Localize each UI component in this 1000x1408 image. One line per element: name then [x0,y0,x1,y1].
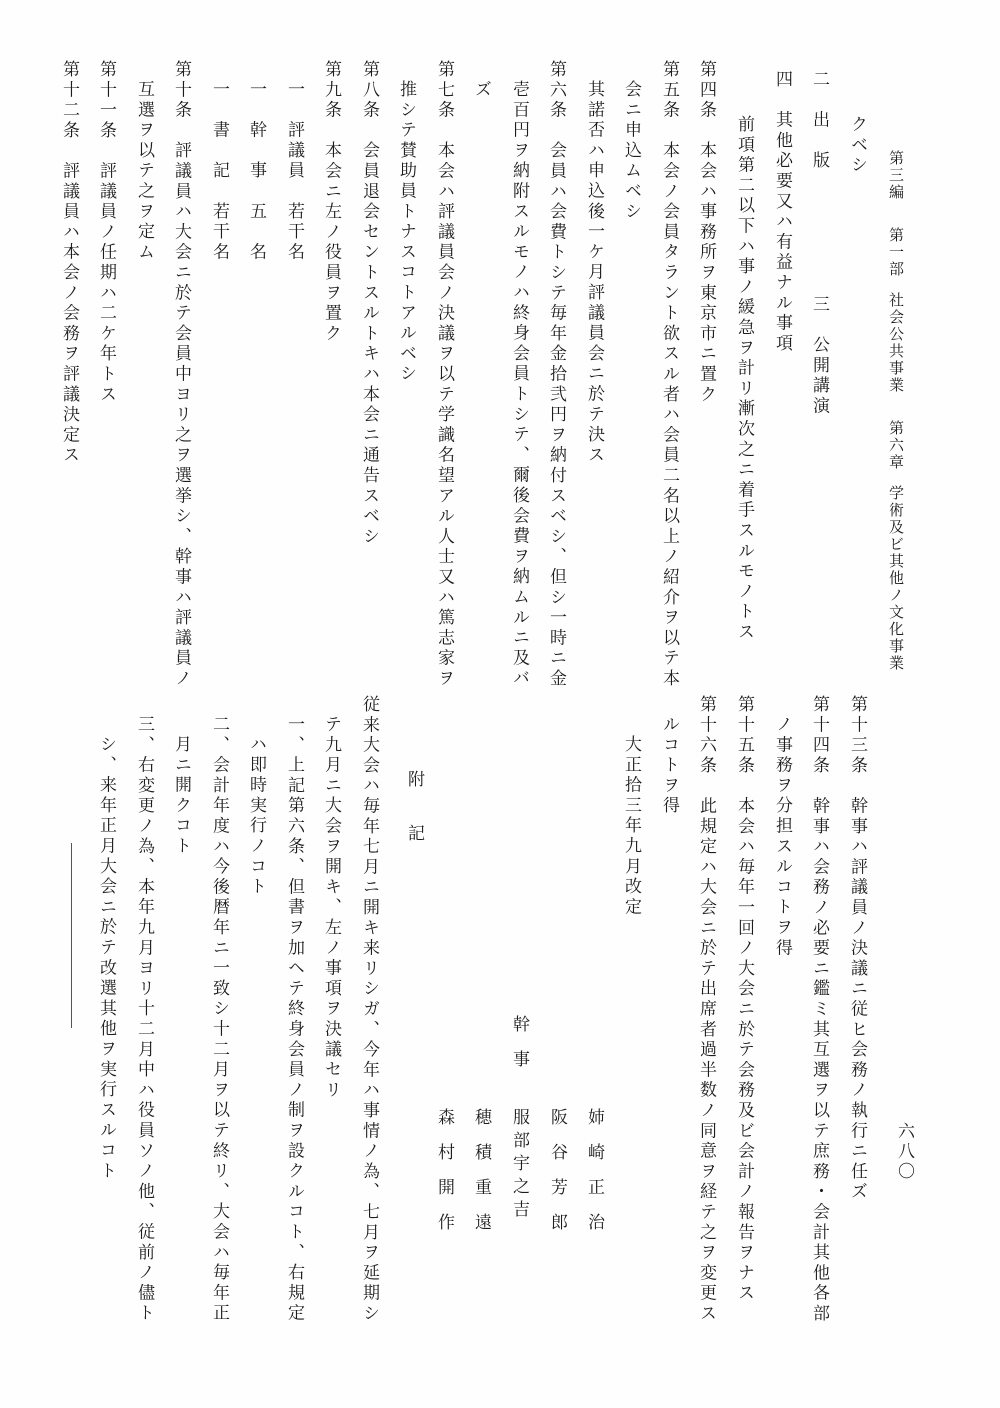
text-column: 一 幹 事 五 名 [247,80,264,263]
text-column: 第四条 本会ハ事務所ヲ東京市ニ置ク [697,60,714,405]
text-column: 第十五条 本会ハ毎年一回ノ大会ニ於テ会務及ビ会計ノ報告ヲナス [735,695,752,1304]
chapter-title: 学術及ビ其他ノ文化事業 [887,485,905,672]
text-column: 四 其他必要又ハ有益ナル事項 [773,70,790,354]
signatory-name: 服部宇之吉 [510,1108,527,1223]
text-column: 従来大会ハ毎年七月ニ開キ来リシガ、今年ハ事情ノ為、七月ヲ延期シ [360,695,377,1324]
text-column: シ、来年正月大会ニ於テ改選其他ヲ実行スルコト [97,735,114,1182]
running-head: 第三編第一部社会公共事業第六章学術及ビ其他ノ文化事業 [888,150,903,672]
page-number: 六八〇 [892,1122,917,1182]
signatory-name: 穂積重遠 [472,1108,489,1248]
text-column: 互選ヲ以テ之ヲ定ム [135,80,152,263]
signatory-title: 幹事 [510,1015,527,1085]
text-column: 第十一条 評議員ノ任期ハ二ケ年トス [97,60,114,405]
text-column: 一 評議員 若干名 [285,80,302,263]
signatory-name: 姉崎正治 [585,1108,602,1248]
signatory-name: 森村開作 [435,1108,452,1248]
appendix-heading: 附 記 [405,770,422,851]
text-column: 月ニ開クコト [172,735,189,857]
text-column: ズ [472,80,489,100]
chapter-label: 第六章 [887,420,905,471]
text-column: 第八条 会員退会セントスルトキハ本会ニ通告スベシ [360,60,377,547]
section-label: 第一部 [887,227,905,278]
text-column: 一、上記第六条、但書ヲ加ヘテ終身会員ノ制ヲ設クルコト、右規定 [285,715,302,1324]
text-column: 其諾否ハ申込後一ケ月評議員会ニ於テ決ス [585,80,602,466]
signatory-name: 阪谷芳郎 [548,1108,565,1248]
text-column: テ九月ニ大会ヲ開キ、左ノ事項ヲ決議セリ [322,715,339,1101]
text-column: ノ事務ヲ分担スルコトヲ得 [773,715,790,959]
text-column: 壱百円ヲ納附スルモノハ終身会員トシテ、爾後会費ヲ納ムルニ及バ [510,80,527,689]
text-column: 三、右変更ノ為、本年九月ヨリ十二月中ハ役員ソノ他、従前ノ儘ト [135,715,152,1324]
text-column: 会ニ申込ムベシ [622,80,639,222]
text-column: 第十六条 此規定ハ大会ニ於テ出席者過半数ノ同意ヲ経テ之ヲ変更ス [697,695,714,1324]
text-column: 前項第二以下ハ事ノ緩急ヲ計リ漸次之ニ着手スルモノトス [735,115,752,643]
text-column: ルコトヲ得 [660,715,677,817]
document-page: 第三編第一部社会公共事業第六章学術及ビ其他ノ文化事業 クベシ 二 出 版 三 公… [0,0,1000,1408]
end-rule [71,843,72,1028]
text-column: 第十条 評議員ハ大会ニ於テ会員中ヨリ之ヲ選挙シ、幹事ハ評議員ノ [172,60,189,689]
text-column: 第十四条 幹事ハ会務ノ必要ニ鑑ミ其互選ヲ以テ庶務・会計其他各部 [810,695,827,1324]
text-column: 第十二条 評議員ハ本会ノ会務ヲ評議決定ス [60,60,77,466]
text-column: ハ即時実行ノコト [247,735,264,897]
text-column: 一 書 記 若干名 [210,80,227,263]
text-column: クベシ [848,115,865,176]
text-column: 第五条 本会ノ会員タラント欲スル者ハ会員二名以上ノ紹介ヲ以テ本 [660,60,677,689]
text-column: 二 出 版 [810,70,827,172]
revision-date: 大正拾三年九月改定 [622,735,639,918]
text-column: 第六条 会員ハ会費トシテ毎年金拾弐円ヲ納付スベシ、但シ一時ニ金 [547,60,564,689]
text-column: 第十三条 幹事ハ評議員ノ決議ニ従ヒ会務ノ執行ニ任ズ [848,695,865,1203]
section-title: 社会公共事業 [887,292,905,394]
text-column: 二、会計年度ハ今後暦年ニ一致シ十二月ヲ以テ終リ、大会ハ毎年正 [210,715,227,1324]
part-label: 第三編 [887,150,905,201]
text-column: 推シテ賛助員トナスコトアルベシ [397,80,414,385]
text-column: 三 公開講演 [810,295,827,417]
text-column: 第七条 本会ハ評議員会ノ決議ヲ以テ学識名望アル人士又ハ篤志家ヲ [435,60,452,689]
text-column: 第九条 本会ニ左ノ役員ヲ置ク [322,60,339,344]
